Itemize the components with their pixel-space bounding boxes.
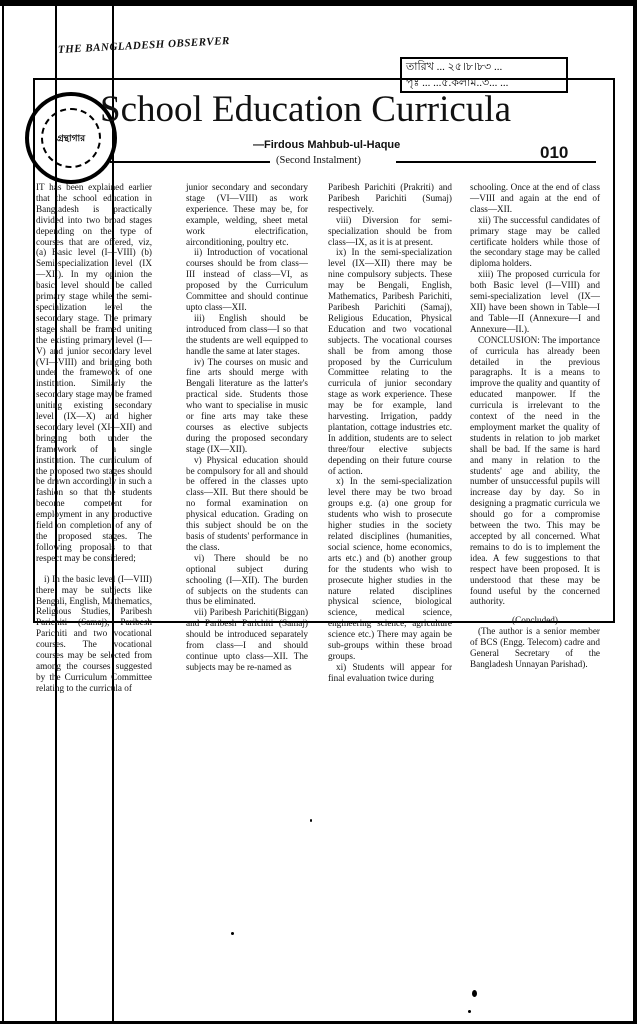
paragraph: junior secondary and secondary stage (VI…	[186, 182, 308, 247]
newspaper-name: THE BANGLADESH OBSERVER	[58, 35, 230, 56]
paragraph: viii) Diversion for semi-specialization …	[328, 215, 452, 248]
date-line: তারিখ ... ২৫।৮।৮৩ ...	[406, 59, 562, 75]
article-column-1: IT has been explained earlier that the s…	[36, 182, 152, 694]
paragraph: vii) Paribesh Parichiti(Biggan) and Pari…	[186, 607, 308, 672]
paragraph: iv) The courses on music and fine arts s…	[186, 357, 308, 455]
scan-top-border	[0, 0, 637, 6]
scan-left-border	[2, 6, 4, 1024]
concluded-label: (Concluded)	[470, 615, 600, 626]
scan-speck	[468, 1010, 471, 1013]
paragraph: Paribesh Parichiti (Prakriti) and Paribe…	[328, 182, 452, 215]
paragraph: xi) Students will appear for final evalu…	[328, 662, 452, 684]
scan-speck	[472, 990, 477, 997]
scan-right-border	[633, 0, 637, 1024]
paragraph: schooling. Once at the end of class—VIII…	[470, 182, 600, 215]
article-column-3: Paribesh Parichiti (Prakriti) and Paribe…	[328, 182, 452, 684]
author-note: (The author is a senior member of BCS (E…	[470, 626, 600, 670]
scan-speck	[231, 932, 234, 935]
headline: School Education Curricula	[100, 88, 511, 131]
paragraph: iii) English should be introduced from c…	[186, 313, 308, 357]
paragraph: ix) In the semi-specialization level (IX…	[328, 247, 452, 476]
archive-stamp-label: গ্রন্থাগার	[41, 108, 101, 168]
paragraph: ii) Introduction of vocational courses s…	[186, 247, 308, 312]
paragraph: xii) The successful candidates of primar…	[470, 215, 600, 270]
reference-code: 010	[540, 143, 568, 163]
paragraph: v) Physical education should be compulso…	[186, 455, 308, 553]
date-label: তারিখ	[406, 61, 434, 73]
paragraph: CONCLUSION: The importance of curricula …	[470, 335, 600, 608]
paragraph: i) In the basic level (I—VIII) there may…	[36, 574, 152, 694]
paragraph: x) In the semi-specialization level ther…	[328, 476, 452, 661]
paragraph: vi) There should be no optional subject …	[186, 553, 308, 608]
paragraph: IT has been explained earlier that the s…	[36, 182, 152, 564]
article-column-2: junior secondary and secondary stage (VI…	[186, 182, 308, 673]
divider-rule-left	[110, 161, 270, 163]
byline: —Firdous Mahbub-ul-Haque	[253, 139, 400, 151]
date-value: ২৫।৮।৮৩	[448, 61, 492, 73]
scan-speck	[310, 819, 312, 822]
article-column-4: schooling. Once at the end of class—VIII…	[470, 182, 600, 670]
paragraph: xiii) The proposed curricula for both Ba…	[470, 269, 600, 334]
instalment-label: (Second Instalment)	[276, 155, 361, 166]
